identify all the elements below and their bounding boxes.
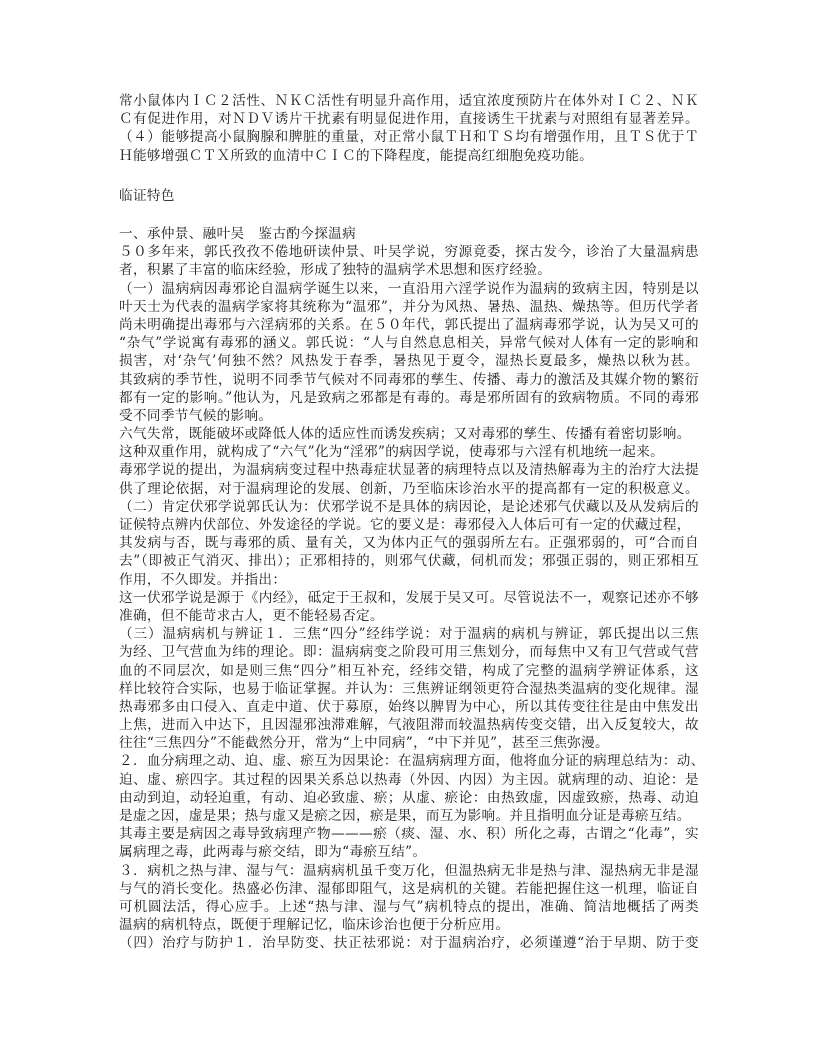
text-line: 都有一定的影响。”他认为，凡是致病之邪都是有毒的。毒是邪所固有的致病物质。不同的… (119, 389, 699, 407)
text-line: 其毒主要是病因之毒导致病理产物———瘀（痰、湿、水、积）所化之毒，古谓之“化毒”… (119, 825, 699, 843)
text-line: 这一伏邪学说是源于《内经》，砥定于王叔和，发展于吴又可。尽管说法不一，观察记述亦… (119, 589, 699, 607)
text-line: Ｈ能够增强ＣＴＸ所致的血清中ＣＩＣ的下降程度，能提高红细胞免疫功能。 (119, 147, 699, 165)
text-line: 尚未明确提出毒邪与六淫病邪的关系。在５０年代，郭氏提出了温病毒邪学说，认为吴又可… (119, 316, 699, 334)
text-line: ３．病机之热与津、湿与气：温病病机虽千变万化，但温热病无非是热与津、湿热病无非是… (119, 862, 699, 880)
text-line: 是虚之因，虚是果；热与虚又是瘀之因，瘀是果，而互为影响。并且指明血分证是毒瘀互结… (119, 807, 699, 825)
text-line: 样比较符合实际，也易于临证掌握。并认为：三焦辨证纲领更符合湿热类温病的变化规律。… (119, 680, 699, 698)
text-line: 属病理之毒，此两毒与瘀交结，即为“毒瘀互结”。 (119, 843, 699, 861)
text-line: 叶天士为代表的温病学家将其统称为“温邪”，并分为风热、暑热、温热、燥热等。但历代… (119, 298, 699, 316)
text-line: 上焦，进而入中达下，且因湿邪浊滞难解，气液阻滞而较温热病传变交错，出入反复较大，… (119, 716, 699, 734)
subsection-heading: 一、承仲景、融叶吴 鉴古酌今探温病 (119, 225, 699, 243)
text-line: （４）能够提高小鼠胸腺和脾脏的重量，对正常小鼠ＴＨ和ＴＳ均有增强作用，且ＴＳ优于… (119, 128, 699, 146)
text-line: 去”（即被正气消灭、排出）；正邪相持的，则邪气伏藏，伺机而发；邪强正弱的，则正邪… (119, 552, 699, 570)
text-line: 准确，但不能苛求古人，更不能轻易否定。 (119, 607, 699, 625)
text-line: 热毒邪多由口侵入、直走中道、伏于募原，始终以脾胃为中心，所以其传变往往是由中焦发… (119, 698, 699, 716)
text-line: 血的不同层次，如是则三焦“四分”相互补充，经纬交错，构成了完整的温病学辨证体系，… (119, 662, 699, 680)
text-line: 作用，不久即发。并指出： (119, 571, 699, 589)
text-line: 与气的消长变化。热盛必伤津、湿郁即阻气，这是病机的关键。若能把握住这一机理，临证… (119, 880, 699, 898)
text-line: 为经、卫气营血为纬的理论。即：温病病变之阶段可用三焦划分，而每焦中又有卫气营或气… (119, 643, 699, 661)
text-line: 温病的病机特点，既便于理解记忆，临床诊治也便于分析应用。 (119, 916, 699, 934)
text-line: 六气失常，既能破坏或降低人体的适应性而诱发疾病；又对毒邪的孳生、传播有着密切影响… (119, 425, 699, 443)
text-line: 者，积累了丰富的临床经验，形成了独特的温病学术思想和医疗经验。 (119, 261, 699, 279)
section-heading-block: 临证特色 (119, 187, 699, 205)
text-line: （二）肯定伏邪学说郭氏认为：伏邪学说不是具体的病因论，是论述邪气伏藏以及从发病后… (119, 498, 699, 516)
text-line: 其致病的季节性，说明不同季节气候对不同毒邪的孳生、传播、毒力的激活及其媒介物的繁… (119, 371, 699, 389)
text-line: 常小鼠体内ＩＣ２活性、ＮＫＣ活性有明显升高作用，适宜浓度预防片在体外对ＩＣ２、Ｎ… (119, 92, 699, 110)
section-heading: 临证特色 (119, 187, 699, 205)
text-line: 可机圆法活，得心应手。上述“热与津、湿与气”病机特点的提出，准确、简洁地概括了两… (119, 898, 699, 916)
body-text: 一、承仲景、融叶吴 鉴古酌今探温病５０多年来，郭氏孜孜不倦地研读仲景、叶吴学说，… (119, 225, 699, 953)
intro-paragraph: 常小鼠体内ＩＣ２活性、ＮＫＣ活性有明显升高作用，适宜浓度预防片在体外对ＩＣ２、Ｎ… (119, 92, 699, 165)
text-line: 往往“三焦四分”不能截然分开，常为“上中同病”，“中下并见”，甚至三焦弥漫。 (119, 734, 699, 752)
text-line: 其发病与否，既与毒邪的质、量有关，又为体内正气的强弱所左右。正强邪弱的，可“合而… (119, 534, 699, 552)
text-line: （四）治疗与防护１．治早防变、扶正祛邪说：对于温病治疗，必须谨遵“治于早期、防于… (119, 934, 699, 952)
text-line: 供了理论依据，对于温病理论的发展、创新，乃至临床诊治水平的提高都有一定的积极意义… (119, 480, 699, 498)
text-line: 由动到迫，动轻迫重，有动、迫必致虚、瘀；从虚、瘀论：由热致虚，因虚致瘀，热毒、动… (119, 789, 699, 807)
text-line: ２．血分病理之动、迫、虚、瘀互为因果论：在温病病理方面，他将血分证的病理总结为：… (119, 752, 699, 770)
text-line: 证候特点辨内伏部位、外发途径的学说。它的要义是：毒邪侵入人体后可有一定的伏藏过程… (119, 516, 699, 534)
text-line: （三）温病病机与辨证１．三焦“四分”经纬学说：对于温病的病机与辨证，郭氏提出以三… (119, 625, 699, 643)
text-line: 受不同季节气候的影响。 (119, 407, 699, 425)
text-line: “杂气”学说寓有毒邪的涵义。郭氏说：“人与自然息息相关，异常气候对人体有一定的影… (119, 334, 699, 352)
text-line: （一）温病病因毒邪论自温病学诞生以来，一直沿用六淫学说作为温病的致病主因，特别是… (119, 280, 699, 298)
text-line: 损害，对‘杂气’何独不然？风热发于春季，暑热见于夏令，湿热长夏最多，燥热以秋为甚… (119, 352, 699, 370)
text-line: 毒邪学说的提出，为温病病变过程中热毒症状显著的病理特点以及清热解毒为主的治疗大法… (119, 461, 699, 479)
text-line: 迫、虚、瘀四字。其过程的因果关系总以热毒（外因、内因）为主因。就病理的动、迫论：… (119, 771, 699, 789)
text-line: ５０多年来，郭氏孜孜不倦地研读仲景、叶吴学说，穷源竟委，探古发今，诊治了大量温病… (119, 243, 699, 261)
text-line: Ｃ有促进作用，对ＮＤＶ诱片干扰素有明显促进作用，直接诱生干扰素与对照组有显著差异… (119, 110, 699, 128)
text-line: 这种双重作用，就构成了“六气”化为“淫邪”的病因学说，使毒邪与六淫有机地统一起来… (119, 443, 699, 461)
document-page: 常小鼠体内ＩＣ２活性、ＮＫＣ活性有明显升高作用，适宜浓度预防片在体外对ＩＣ２、Ｎ… (0, 0, 816, 1056)
